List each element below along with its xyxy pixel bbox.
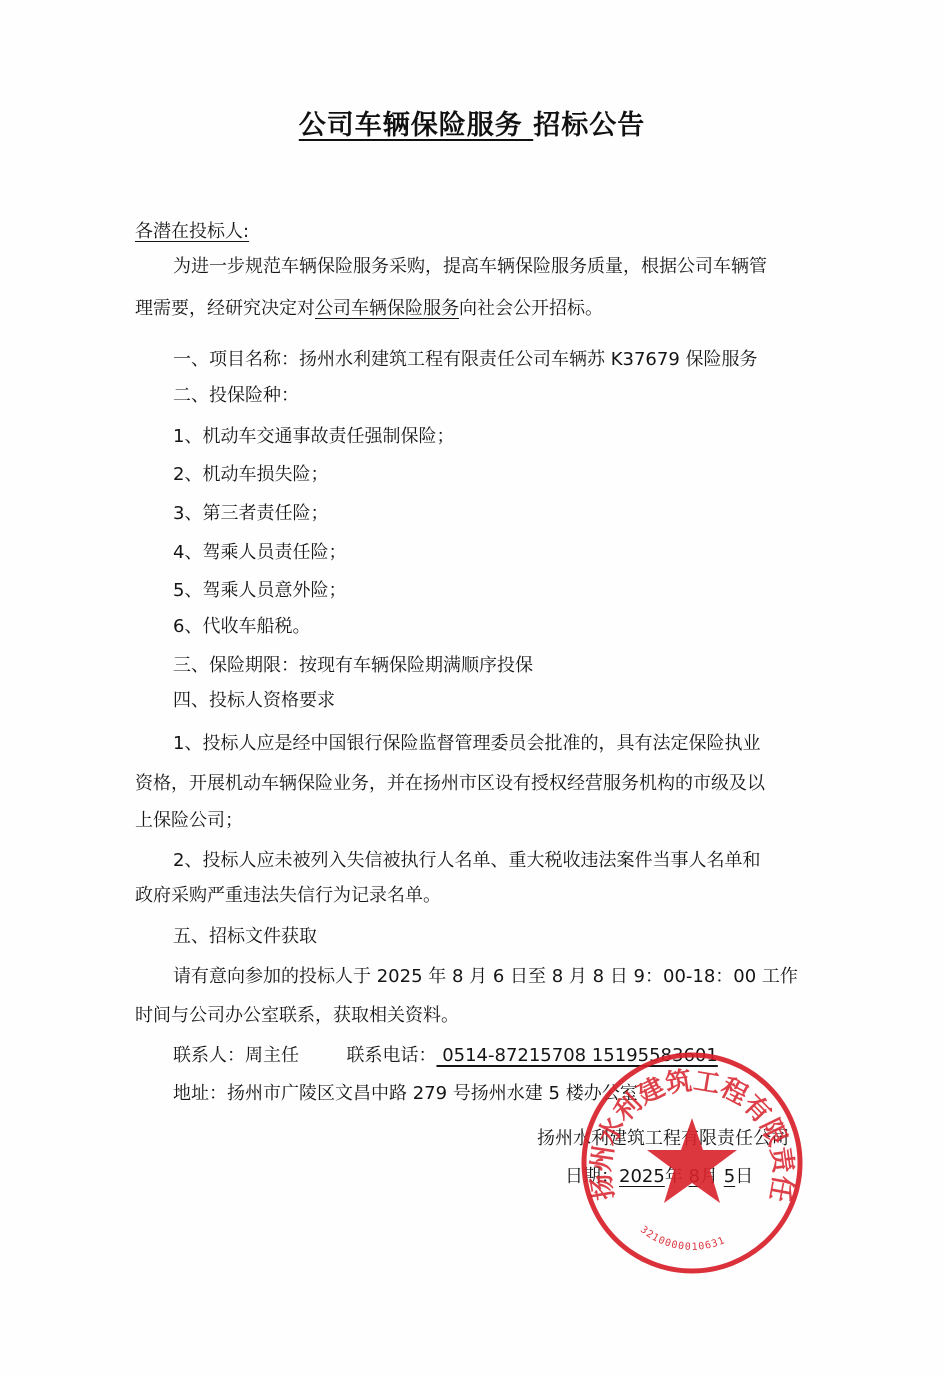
intro-prefix: 理需要，经研究决定对 — [135, 298, 315, 319]
requirement-1-line-2: 资格，开展机动车辆保险业务，并在扬州市区设有授权经营服务机构的市级及以 — [135, 772, 765, 796]
insurance-item: 4、驾乘人员责任险； — [173, 541, 346, 565]
date-day-unit: 日 — [735, 1166, 753, 1187]
requirement-1-line-3: 上保险公司； — [135, 809, 243, 833]
contact-phone-label: 联系电话： — [346, 1045, 436, 1066]
insurance-item: 3、第三者责任险； — [173, 502, 328, 526]
signature-date: 日期：2025年 8月 5日 — [565, 1165, 753, 1189]
date-label: 日期： — [565, 1166, 619, 1187]
insurance-item: 2、机动车损失险； — [173, 463, 328, 487]
insurance-item: 5、驾乘人员意外险； — [173, 579, 346, 603]
section-qualification-heading: 四、投标人资格要求 — [173, 689, 335, 713]
date-month: 8 — [689, 1166, 700, 1187]
contact-phone-numbers: 0514-87215708 15195583601 — [436, 1045, 717, 1066]
intro-line-1: 为进一步规范车辆保险服务采购，提高车辆保险服务质量，根据公司车辆管 — [173, 255, 767, 279]
date-year: 2025 — [619, 1166, 665, 1187]
section-insurance-types-heading: 二、投保险种： — [173, 384, 299, 408]
section-project-name: 一、项目名称：扬州水利建筑工程有限责任公司车辆苏 K37679 保险服务 — [173, 348, 758, 372]
document-title: 公司车辆保险服务 招标公告 — [0, 103, 944, 142]
contact-line: 联系人：周主任 联系电话： 0514-87215708 15195583601 — [173, 1044, 718, 1068]
insurance-item: 1、机动车交通事故责任强制保险； — [173, 425, 454, 449]
section-insurance-period: 三、保险期限：按现有车辆保险期满顺序投保 — [173, 654, 533, 678]
insurance-item: 6、代收车船税。 — [173, 615, 310, 639]
acquisition-line-2: 时间与公司办公室联系，获取相关资料。 — [135, 1004, 459, 1028]
acquisition-line-1: 请有意向参加的投标人于 2025 年 8 月 6 日至 8 月 8 日 9：00… — [173, 965, 798, 989]
document-page: 公司车辆保险服务 招标公告 各潜在投标人: 为进一步规范车辆保险服务采购，提高车… — [0, 0, 944, 1375]
date-month-unit: 月 — [700, 1166, 718, 1187]
section-document-acquisition-heading: 五、招标文件获取 — [173, 925, 317, 949]
contact-person: 联系人：周主任 — [173, 1045, 299, 1066]
title-rest: 招标公告 — [533, 110, 645, 141]
signature-company: 扬州水利建筑工程有限责任公司 — [537, 1127, 789, 1151]
requirement-2-line-1: 2、投标人应未被列入失信被执行人名单、重大税收违法案件当事人名单和 — [173, 849, 760, 873]
intro-line-2: 理需要，经研究决定对公司车辆保险服务向社会公开招标。 — [135, 297, 603, 321]
date-year-unit: 年 — [665, 1166, 683, 1187]
seal-code-text: 3210000010631 — [638, 1224, 727, 1253]
date-day: 5 — [724, 1166, 735, 1187]
intro-suffix: 向社会公开招标。 — [459, 298, 603, 319]
requirement-1-line-1: 1、投标人应是经中国银行保险监督管理委员会批准的，具有法定保险执业 — [173, 732, 760, 756]
title-underlined-part: 公司车辆保险服务 — [299, 110, 533, 141]
salutation: 各潜在投标人: — [135, 220, 249, 244]
requirement-2-line-2: 政府采购严重违法失信行为记录名单。 — [135, 884, 441, 908]
contact-address: 地址：扬州市广陵区文昌中路 279 号扬州水建 5 楼办公室 — [173, 1082, 638, 1106]
intro-underlined-project: 公司车辆保险服务 — [315, 298, 459, 319]
